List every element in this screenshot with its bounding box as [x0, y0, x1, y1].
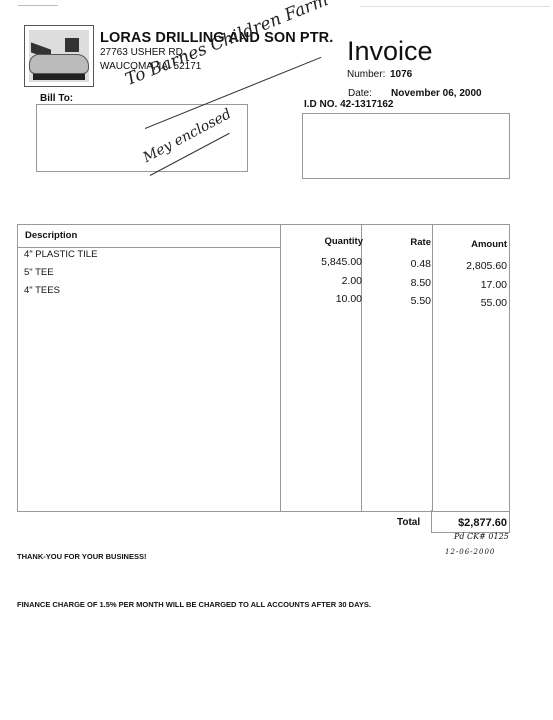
row-amount: 55.00	[481, 297, 507, 309]
row-description: 4" TEES	[24, 285, 60, 296]
row-rate: 8.50	[411, 277, 431, 289]
handwritten-paid-date: 12-06-2000	[445, 548, 495, 556]
finance-charge-notice: FINANCE CHARGE OF 1.5% PER MONTH WILL BE…	[17, 600, 371, 609]
handwritten-paid-note: Pd CK# 0125	[454, 532, 509, 541]
thank-you-message: THANK-YOU FOR YOUR BUSINESS!	[17, 552, 146, 561]
column-header-description: Description	[25, 230, 77, 241]
invoice-date: November 06, 2000	[391, 88, 482, 99]
total-value: $2,877.60	[431, 517, 507, 529]
company-logo	[24, 25, 94, 87]
row-rate: 0.48	[411, 258, 431, 270]
row-amount: 2,805.60	[466, 260, 507, 272]
column-header-quantity: Quantity	[324, 236, 363, 247]
row-description: 4" PLASTIC TILE	[24, 249, 97, 260]
row-quantity: 5,845.00	[321, 256, 362, 268]
row-description: 5" TEE	[24, 267, 54, 278]
cloud-icon	[29, 54, 89, 74]
total-label: Total	[397, 517, 420, 528]
column-header-amount: Amount	[471, 239, 507, 250]
invoice-number: 1076	[390, 69, 412, 80]
scan-mark	[360, 6, 550, 7]
ship-to-box	[302, 113, 510, 179]
row-quantity: 2.00	[342, 275, 362, 287]
id-number: I.D NO. 42-1317162	[304, 99, 394, 110]
column-header-rate: Rate	[410, 237, 431, 248]
bill-to-label: Bill To:	[40, 93, 73, 104]
scan-mark	[18, 5, 58, 6]
row-quantity: 10.00	[336, 293, 362, 305]
row-rate: 5.50	[411, 295, 431, 307]
line-items-table: Description Quantity Rate Amount 4" PLAS…	[17, 224, 510, 512]
invoice-title: Invoice	[347, 36, 433, 67]
invoice-number-label: Number:	[347, 69, 385, 80]
invoice-date-label: Date:	[348, 88, 372, 99]
row-amount: 17.00	[481, 279, 507, 291]
